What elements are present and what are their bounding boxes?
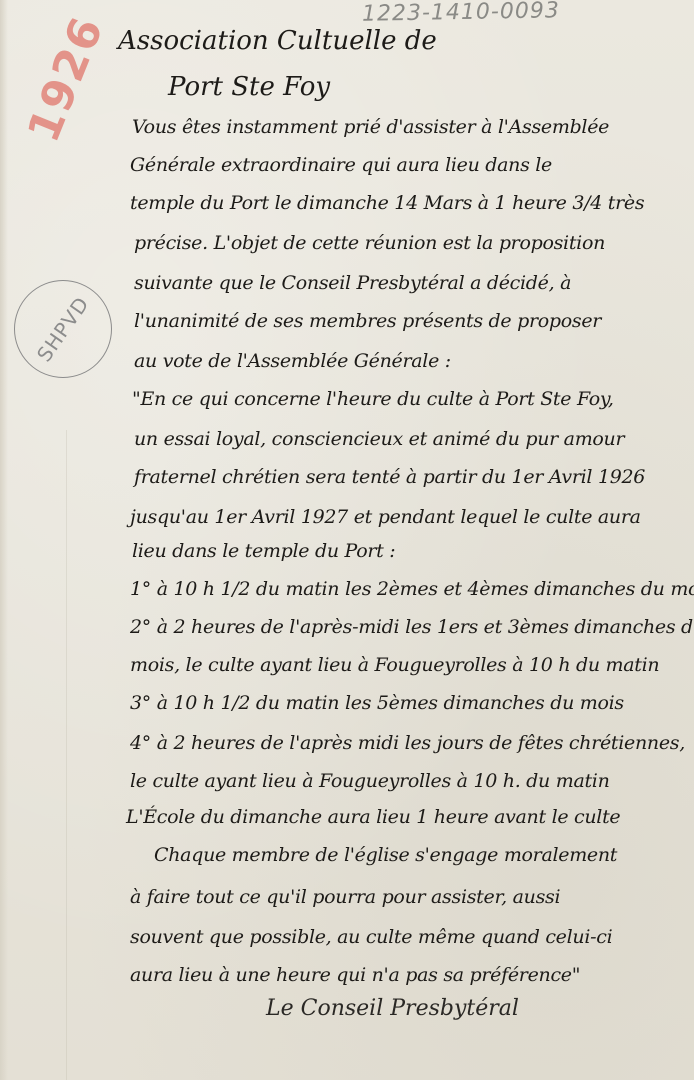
body-line: l'unanimité de ses membres présents de p… xyxy=(134,310,601,332)
body-line: Chaque membre de l'église s'engage moral… xyxy=(154,844,617,866)
heading-line-2: Port Ste Foy xyxy=(168,72,330,102)
body-line: au vote de l'Assemblée Générale : xyxy=(134,350,451,372)
body-line: 2° à 2 heures de l'après-midi les 1ers e… xyxy=(130,616,694,638)
body-line: mois, le culte ayant lieu à Fougueyrolle… xyxy=(130,654,659,676)
body-line: le culte ayant lieu à Fougueyrolles à 10… xyxy=(130,770,610,792)
body-line: 1° à 10 h 1/2 du matin les 2èmes et 4ème… xyxy=(130,578,694,600)
body-line: aura lieu à une heure qui n'a pas sa pré… xyxy=(130,964,580,986)
body-line: jusqu'au 1er Avril 1927 et pendant leque… xyxy=(130,506,641,528)
signature: Le Conseil Presbytéral xyxy=(266,996,519,1021)
body-line: L'École du dimanche aura lieu 1 heure av… xyxy=(126,806,620,828)
body-line: fraternel chrétien sera tenté à partir d… xyxy=(134,466,645,488)
body-line: souvent que possible, au culte même quan… xyxy=(130,926,612,948)
body-line: à faire tout ce qu'il pourra pour assist… xyxy=(130,886,560,908)
body-line: un essai loyal, consciencieux et animé d… xyxy=(134,428,624,450)
body-line: lieu dans le temple du Port : xyxy=(132,540,395,562)
body-line: précise. L'objet de cette réunion est la… xyxy=(134,232,605,254)
archive-stamp: SHPVD xyxy=(14,280,112,378)
stamp-text: SHPVD xyxy=(32,292,94,366)
heading-line-1: Association Cultuelle de xyxy=(118,26,437,56)
body-line: 3° à 10 h 1/2 du matin les 5èmes dimanch… xyxy=(130,692,624,714)
body-line: Vous êtes instamment prié d'assister à l… xyxy=(132,116,609,138)
paper-crease xyxy=(66,430,67,1080)
body-line: temple du Port le dimanche 14 Mars à 1 h… xyxy=(130,192,644,214)
body-line: 4° à 2 heures de l'après midi les jours … xyxy=(130,732,685,754)
page-edge-shadow xyxy=(0,0,8,1080)
archive-reference: 1223-1410-0093 xyxy=(362,0,560,27)
body-line: Générale extraordinaire qui aura lieu da… xyxy=(130,154,552,176)
body-line: "En ce qui concerne l'heure du culte à P… xyxy=(132,388,614,410)
body-line: suivante que le Conseil Presbytéral a dé… xyxy=(134,272,571,294)
